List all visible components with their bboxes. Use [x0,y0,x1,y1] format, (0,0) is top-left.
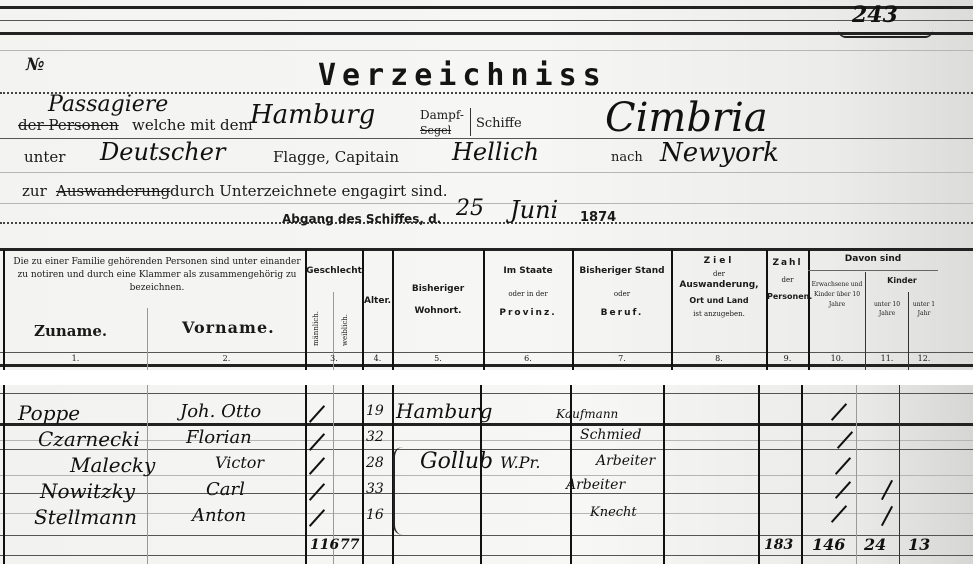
departure-day: 25 [456,196,484,221]
male-tick-mark [309,405,325,423]
col-num-12: 12. [909,354,939,363]
adult-tick-mark [831,505,847,523]
handwritten-ship-name: Cimbria [605,95,768,141]
header-unter-1: unter 1 Jahr [909,300,939,318]
printed-dampf: Dampf- [420,108,464,122]
cell-occupation: Schmied [580,427,641,443]
cell-surname: Malecky [70,453,155,477]
col-line [801,385,803,564]
divider [470,108,471,136]
cell-surname: Poppe [18,401,80,425]
col-num-7: 7. [573,354,671,363]
cell-occupation: Arbeiter [596,453,655,469]
printed-nach: nach [611,150,643,165]
cell-occupation: Arbeiter [566,477,625,493]
male-tick-mark [309,509,325,527]
rule [0,222,973,224]
cell-age: 33 [366,481,384,497]
rule [0,203,973,204]
adult-tick-mark [835,481,851,499]
col-line [305,385,307,564]
rule [0,440,973,441]
header-beruf: Beruf. [573,308,671,318]
header-unter-10: unter 10 Jahre [866,300,908,318]
header-oder: oder [573,290,671,298]
rule [0,20,973,21]
printed-welche-mit-dem: welche mit dem [132,116,253,134]
printed-unter: unter [24,148,65,166]
header-provinz: Provinz. [484,308,572,318]
cell-residence: Gollub [420,449,493,474]
cell-occupation: Knecht [590,505,637,520]
header-vorname: Vorname. [182,318,275,337]
total-persons: 183 [764,537,793,553]
under10-tick-mark [881,480,893,500]
page-number: 243 [852,2,898,28]
rule [808,270,938,271]
header-oder-in-der: oder in der [484,290,572,298]
header-ziel-der: der [672,270,766,278]
cell-given: Anton [192,505,246,526]
header-ort-und-land: Ort und Land [672,296,766,305]
total-male: 116 [310,537,339,553]
rule [0,423,973,426]
cell-given: Carl [206,479,245,500]
handwritten-destination: Newyork [660,138,779,168]
rule [0,50,973,51]
entries-scan: Poppe Joh. Otto 19 Hamburg Kaufmann Czar… [0,385,973,564]
rule [0,493,973,494]
rule [0,172,973,173]
col-num-6: 6. [484,354,572,363]
col-line [362,385,364,564]
header-zahl: Zahl [767,258,808,268]
col-num-11: 11. [866,354,908,363]
header-alter: Alter. [363,296,392,306]
table-top-rule [0,248,973,251]
col-num-1: 1. [4,354,147,363]
rule [0,393,973,394]
table-num-rule [0,352,973,353]
struck-der-personen: der Personen [18,116,119,134]
total-adults: 146 [812,535,845,554]
col-num-9: 9. [767,354,808,363]
cell-surname: Nowitzky [40,479,135,503]
rule [0,513,973,514]
handwritten-passagiere: Passagiere [48,92,168,117]
header-personen: Personen. [767,292,808,301]
male-tick-mark [309,457,325,475]
departure-label: Abgang des Schiffes, d. [282,212,441,226]
family-note: Die zu einer Familie gehörenden Personen… [12,256,302,295]
table-bottom-rule [0,364,973,367]
cell-age: 32 [366,429,384,445]
handwritten-hamburg: Hamburg [250,100,375,130]
struck-segel: Segel [420,124,451,137]
rule [0,555,973,556]
printed-zur: zur [22,182,47,200]
col-num-8: 8. [672,354,766,363]
struck-auswanderung: Auswanderung [56,182,170,200]
col-num-2: 2. [148,354,305,363]
header-kinder: Kinder [866,276,938,285]
header-im-staate: Im Staate [484,266,572,276]
cell-given: Victor [215,453,264,472]
header-zuname: Zuname. [34,322,107,340]
cell-given: Florian [186,427,252,448]
cell-occupation: Kaufmann [556,407,618,421]
printed-schiffe: Schiffe [476,116,522,131]
page-number-underline [838,30,933,38]
departure-month: Juni [510,196,558,224]
col-line [663,385,665,564]
header-zahl-der: der [767,276,808,284]
header-ziel: Ziel [672,256,766,266]
header-ist-anzugeben: ist anzugeben. [672,310,766,318]
total-female: 77 [340,537,359,553]
col-line [3,385,5,564]
col-line [766,250,768,370]
under10-tick-mark [881,506,893,526]
cell-surname: Stellmann [34,505,137,529]
col-line [808,250,810,370]
rule [0,32,973,35]
header-weiblich: weiblich. [341,296,349,346]
cell-age: 19 [366,403,384,419]
col-line [856,385,857,564]
col-line [899,385,900,564]
header-wohnort: Bisheriger Wohnort. [393,278,483,322]
printed-engagirt: durch Unterzeichnete engagirt sind. [170,182,447,200]
departure-year: 1874 [580,210,616,225]
number-sign: № [26,55,44,75]
header-maennlich: männlich. [312,296,320,346]
handwritten-flag: Deutscher [100,138,225,166]
col-num-5: 5. [393,354,483,363]
header-erwachsene: Erwachsene und Kinder über 10 Jahre [809,280,865,310]
header-davon-sind: Davon sind [809,254,937,264]
handwritten-captain: Hellich [452,138,539,166]
cell-state: W.Pr. [500,453,540,472]
cell-surname: Czarnecki [38,427,140,451]
cell-age: 16 [366,507,384,523]
document-title: Verzeichniss [318,58,607,93]
total-under10: 24 [864,535,886,554]
cell-residence: Hamburg [396,399,492,423]
rule [0,6,973,9]
col-num-10: 10. [809,354,865,363]
printed-flagge-capitain: Flagge, Capitain [273,148,399,166]
header-geschlecht: Geschlecht [306,266,362,276]
col-num-3: 3. [306,354,362,363]
family-bracket [393,447,405,535]
total-under1: 13 [908,535,930,554]
header-auswanderung: Auswanderung, [672,280,766,290]
col-line [362,250,364,370]
col-num-4: 4. [363,354,392,363]
cell-age: 28 [366,455,384,471]
cell-given: Joh. Otto [180,401,261,422]
header-bisheriger-stand: Bisheriger Stand [573,266,671,276]
form-header-scan: 243 № Verzeichniss Passagiere der Person… [0,0,973,370]
adult-tick-mark [835,457,851,475]
adult-tick-mark [831,403,847,421]
col-line [3,250,5,370]
col-line [758,385,760,564]
male-tick-mark [309,483,325,501]
